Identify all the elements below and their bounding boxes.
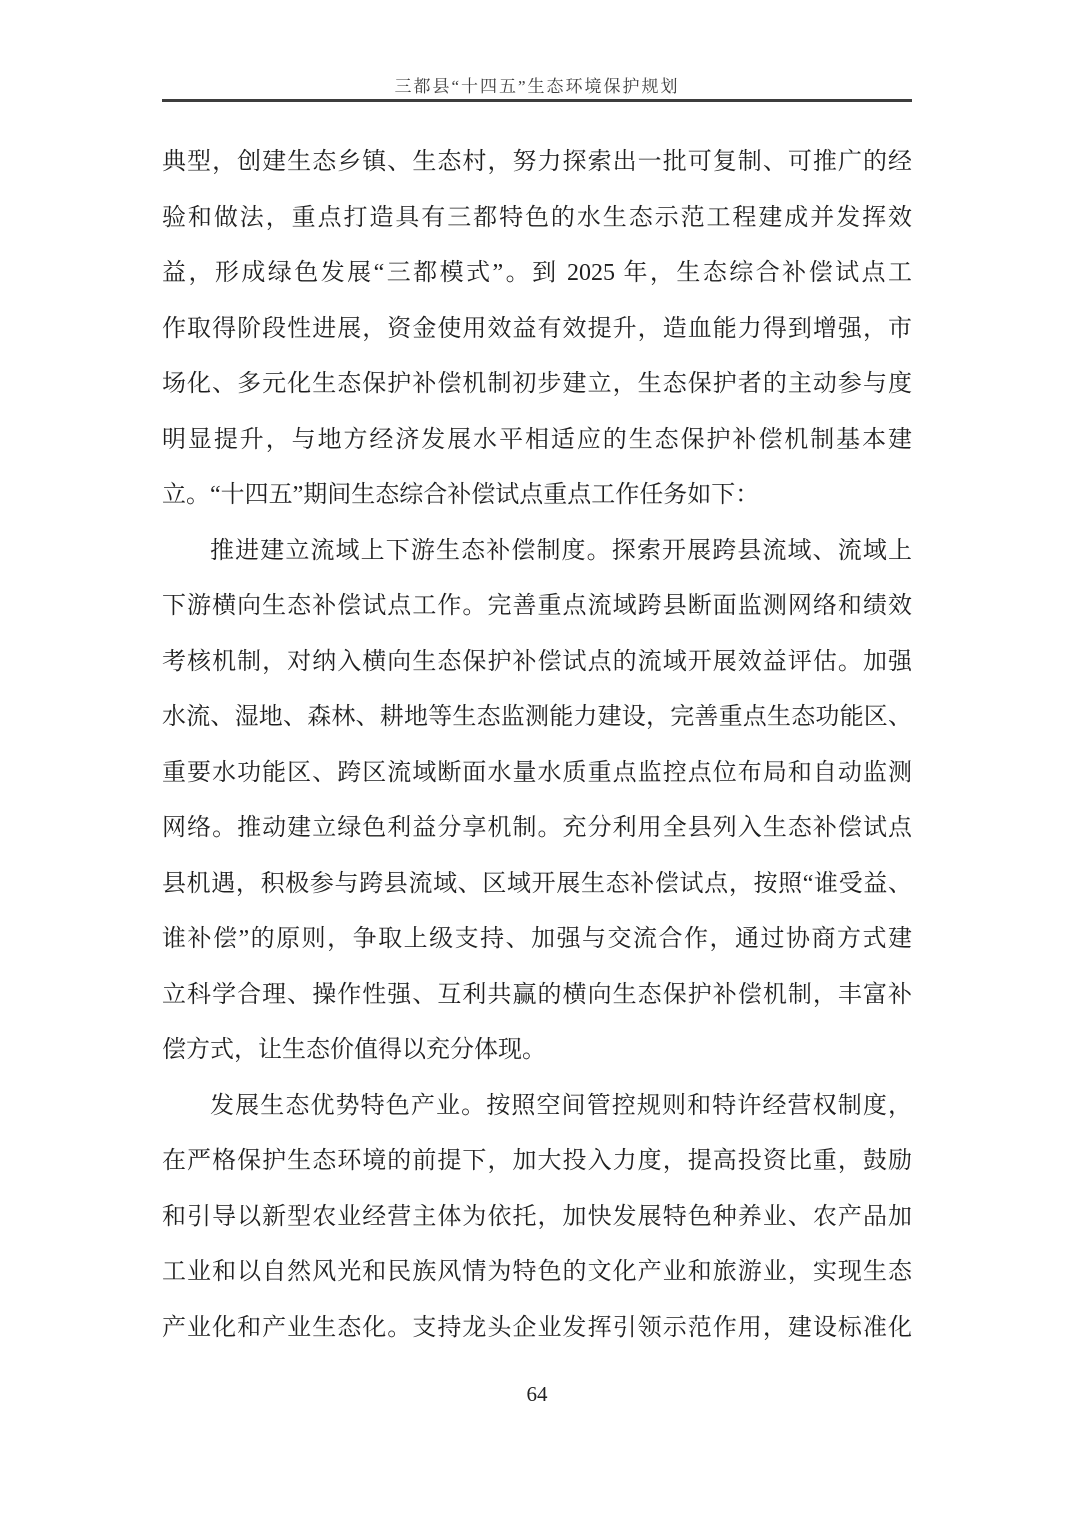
text-line: 重要水功能区、跨区流域断面水量水质重点监控点位布局和自动监测 <box>162 746 912 802</box>
text-line: 工业和以自然风光和民族风情为特色的文化产业和旅游业，实现生态 <box>162 1245 912 1301</box>
text-line: 谁补偿”的原则，争取上级支持、加强与交流合作，通过协商方式建 <box>162 912 912 968</box>
text-line: 在严格保护生态环境的前提下，加大投入力度，提高投资比重，鼓励 <box>162 1134 912 1190</box>
text-line: 立科学合理、操作性强、互利共赢的横向生态保护补偿机制，丰富补 <box>162 968 912 1024</box>
text-line: 和引导以新型农业经营主体为依托，加快发展特色种养业、农产品加 <box>162 1190 912 1246</box>
text-line: 推进建立流域上下游生态补偿制度。探索开展跨县流域、流域上 <box>162 524 912 580</box>
text-line: 考核机制，对纳入横向生态保护补偿试点的流域开展效益评估。加强 <box>162 635 912 691</box>
page-header-title: 三都县“十四五”生态环境保护规划 <box>162 72 912 97</box>
text-line: 网络。推动建立绿色利益分享机制。充分利用全县列入生态补偿试点 <box>162 801 912 857</box>
text-line: 典型，创建生态乡镇、生态村，努力探索出一批可复制、可推广的经 <box>162 135 912 191</box>
text-line: 产业化和产业生态化。支持龙头企业发挥引领示范作用，建设标准化 <box>162 1301 912 1357</box>
text-line: 立。“十四五”期间生态综合补偿试点重点工作任务如下： <box>162 468 912 524</box>
text-line: 发展生态优势特色产业。按照空间管控规则和特许经营权制度， <box>162 1079 912 1135</box>
text-line: 水流、湿地、森林、耕地等生态监测能力建设，完善重点生态功能区、 <box>162 690 912 746</box>
header-rule-divider <box>162 99 912 102</box>
paragraph: 典型，创建生态乡镇、生态村，努力探索出一批可复制、可推广的经 验和做法，重点打造… <box>162 135 912 524</box>
text-line: 场化、多元化生态保护补偿机制初步建立，生态保护者的主动参与度 <box>162 357 912 413</box>
text-line: 偿方式，让生态价值得以充分体现。 <box>162 1023 912 1079</box>
text-line: 下游横向生态补偿试点工作。完善重点流域跨县断面监测网络和绩效 <box>162 579 912 635</box>
text-line: 作取得阶段性进展，资金使用效益有效提升，造血能力得到增强，市 <box>162 302 912 358</box>
text-line: 明显提升，与地方经济发展水平相适应的生态保护补偿机制基本建 <box>162 413 912 469</box>
text-line: 益，形成绿色发展“三都模式”。到 2025 年，生态综合补偿试点工 <box>162 246 912 302</box>
document-body: 典型，创建生态乡镇、生态村，努力探索出一批可复制、可推广的经 验和做法，重点打造… <box>162 135 912 1356</box>
paragraph: 发展生态优势特色产业。按照空间管控规则和特许经营权制度， 在严格保护生态环境的前… <box>162 1079 912 1357</box>
document-page: 三都县“十四五”生态环境保护规划 典型，创建生态乡镇、生态村，努力探索出一批可复… <box>0 0 1074 1520</box>
text-line: 验和做法，重点打造具有三都特色的水生态示范工程建成并发挥效 <box>162 191 912 247</box>
page-number: 64 <box>0 1382 1074 1407</box>
text-line: 县机遇，积极参与跨县流域、区域开展生态补偿试点，按照“谁受益、 <box>162 857 912 913</box>
paragraph: 推进建立流域上下游生态补偿制度。探索开展跨县流域、流域上 下游横向生态补偿试点工… <box>162 524 912 1079</box>
